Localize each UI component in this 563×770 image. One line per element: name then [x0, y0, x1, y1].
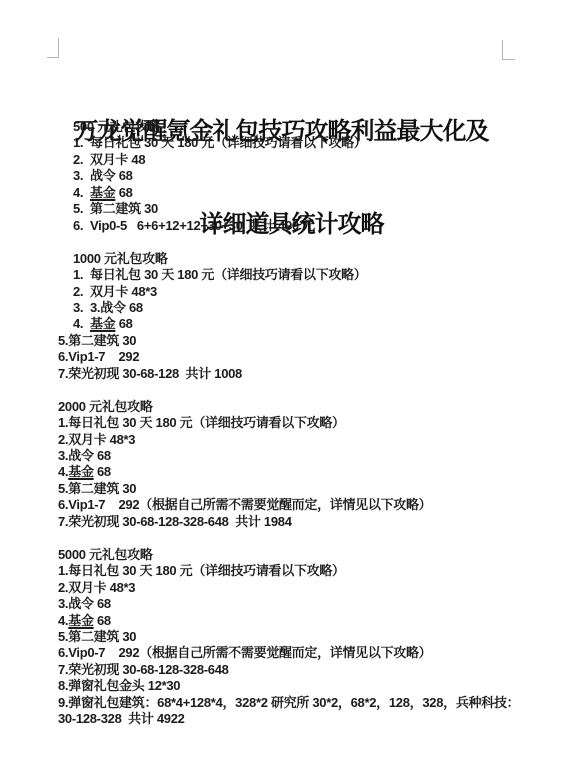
item-number: 4. — [73, 316, 90, 332]
item-number: 2. — [58, 580, 68, 595]
item-text: 3.战令 68 — [90, 300, 143, 315]
item-text: 第二建筑 30 — [68, 629, 136, 644]
item-number: 1. — [58, 415, 68, 430]
item-number: 5. — [58, 629, 68, 644]
item-number: 2. — [73, 152, 90, 168]
item-text: 第二建筑 30 — [90, 201, 158, 216]
item-text: Vip1-7 292（根据自己所需不需要觉醒而定，详情见以下攻略） — [68, 497, 431, 512]
document-page: 万龙觉醒氪金礼包技巧攻略利益最大化及 详细道具统计攻略 500 元礼包攻略1.每… — [0, 0, 563, 770]
list-item: 2.双月卡 48*3 — [58, 284, 563, 300]
section-heading: 500 元礼包攻略 — [58, 119, 563, 135]
list-item: 1.每日礼包 30 天 180 元（详细技巧请看以下攻略） — [58, 563, 563, 579]
list-item: 4.基金 68 — [58, 613, 563, 629]
item-number: 6. — [58, 645, 68, 660]
list-item: 4.基金 68 — [58, 316, 563, 332]
gift-pack-section: 2000 元礼包攻略1.每日礼包 30 天 180 元（详细技巧请看以下攻略）2… — [58, 399, 563, 531]
list-item: 2.双月卡 48*3 — [58, 432, 563, 448]
item-text: 每日礼包 30 天 180 元（详细技巧请看以下攻略） — [68, 415, 345, 430]
item-text: 每日礼包 30 天 180 元（详细技巧请看以下攻略） — [68, 563, 345, 578]
list-item: 7.荣光初现 30-68-128-328-648 共计 1984 — [58, 514, 563, 530]
list-item: 5.第二建筑 30 — [58, 629, 563, 645]
item-text: 荣光初现 30-68-128-328-648 — [68, 662, 228, 677]
underlined-item-text: 基金 — [68, 464, 93, 479]
list-item: 6.Vip0-7 292（根据自己所需不需要觉醒而定，详情见以下攻略） — [58, 645, 563, 661]
item-number: 3. — [73, 300, 90, 316]
item-text: Vip0-5 6+6+12+12+30+30 共计 490 元 — [90, 218, 315, 233]
item-number: 1. — [73, 267, 90, 283]
list-item: 2.双月卡 48*3 — [58, 580, 563, 596]
list-item: 3.战令 68 — [58, 448, 563, 464]
item-number: 6. — [58, 349, 68, 364]
section-heading: 1000 元礼包攻略 — [58, 251, 563, 267]
item-text: 弹窗礼包建筑：68*4+128*4，328*2 研究所 30*2，68*2，12… — [68, 695, 519, 710]
item-number: 3. — [73, 168, 90, 184]
item-text: 战令 68 — [68, 448, 111, 463]
gift-pack-section: 500 元礼包攻略1.每日礼包 30 天 180 元（详细技巧请看以下攻略）2.… — [58, 119, 563, 234]
list-item: 3.战令 68 — [58, 168, 563, 184]
list-item: 5.第二建筑 30 — [58, 201, 563, 217]
list-item: 8.弹窗礼包金头 12*30 — [58, 678, 563, 694]
item-text: Vip0-7 292（根据自己所需不需要觉醒而定，详情见以下攻略） — [68, 645, 431, 660]
item-text: 荣光初现 30-68-128-328-648 共计 1984 — [68, 514, 291, 529]
list-item: 30-128-328 共计 4922 — [58, 711, 563, 727]
document-body: 500 元礼包攻略1.每日礼包 30 天 180 元（详细技巧请看以下攻略）2.… — [58, 119, 563, 728]
list-item: 6.Vip1-7 292 — [58, 349, 563, 365]
item-number: 3. — [58, 448, 68, 463]
item-text: 双月卡 48*3 — [90, 284, 157, 299]
item-text: 弹窗礼包金头 12*30 — [68, 678, 180, 693]
underlined-item-text: 基金 — [68, 613, 93, 628]
item-text: 战令 68 — [68, 596, 111, 611]
item-number: 6. — [73, 218, 90, 234]
item-number: 6. — [58, 497, 68, 512]
list-item: 1.每日礼包 30 天 180 元（详细技巧请看以下攻略） — [58, 267, 563, 283]
item-text: 第二建筑 30 — [68, 481, 136, 496]
list-item: 9.弹窗礼包建筑：68*4+128*4，328*2 研究所 30*2，68*2，… — [58, 695, 563, 711]
list-item: 5.第二建筑 30 — [58, 333, 563, 349]
item-number: 4. — [58, 613, 68, 628]
item-text: 每日礼包 30 天 180 元（详细技巧请看以下攻略） — [90, 267, 367, 282]
gift-pack-section: 5000 元礼包攻略1.每日礼包 30 天 180 元（详细技巧请看以下攻略）2… — [58, 547, 563, 728]
item-number: 8. — [58, 678, 68, 693]
item-text: 双月卡 48*3 — [68, 580, 135, 595]
list-item: 1.每日礼包 30 天 180 元（详细技巧请看以下攻略） — [58, 135, 563, 151]
item-number: 5. — [58, 481, 68, 496]
list-item: 2.双月卡 48 — [58, 152, 563, 168]
item-number: 2. — [58, 432, 68, 447]
list-item: 4.基金 68 — [58, 185, 563, 201]
item-number: 5. — [73, 201, 90, 217]
item-text: 第二建筑 30 — [68, 333, 136, 348]
item-number: 9. — [58, 695, 68, 710]
item-number: 5. — [58, 333, 68, 348]
list-item: 6.Vip1-7 292（根据自己所需不需要觉醒而定，详情见以下攻略） — [58, 497, 563, 513]
list-item: 1.每日礼包 30 天 180 元（详细技巧请看以下攻略） — [58, 415, 563, 431]
list-item: 6.Vip0-5 6+6+12+12+30+30 共计 490 元 — [58, 218, 563, 234]
list-item: 7.荣光初现 30-68-128 共计 1008 — [58, 366, 563, 382]
item-number: 7. — [58, 366, 68, 381]
gift-pack-section: 1000 元礼包攻略1.每日礼包 30 天 180 元（详细技巧请看以下攻略）2… — [58, 251, 563, 383]
item-text: 68 — [94, 613, 111, 628]
underlined-item-text: 基金 — [90, 185, 115, 200]
item-number: 7. — [58, 514, 68, 529]
underlined-item-text: 基金 — [90, 316, 115, 331]
list-item: 7.荣光初现 30-68-128-328-648 — [58, 662, 563, 678]
list-item: 4.基金 68 — [58, 464, 563, 480]
list-item: 3.3.战令 68 — [58, 300, 563, 316]
item-number: 3. — [58, 596, 68, 611]
item-number: 1. — [73, 135, 90, 151]
item-text: 战令 68 — [90, 168, 133, 183]
item-text: 每日礼包 30 天 180 元（详细技巧请看以下攻略） — [90, 135, 367, 150]
item-number: 4. — [73, 185, 90, 201]
item-text: 30-128-328 共计 4922 — [58, 711, 185, 726]
list-item: 5.第二建筑 30 — [58, 481, 563, 497]
item-text: 68 — [94, 464, 111, 479]
item-number: 1. — [58, 563, 68, 578]
item-text: Vip1-7 292 — [68, 349, 139, 364]
item-text: 双月卡 48*3 — [68, 432, 135, 447]
item-text: 68 — [115, 316, 132, 331]
item-text: 双月卡 48 — [90, 152, 145, 167]
item-text: 荣光初现 30-68-128 共计 1008 — [68, 366, 242, 381]
item-number: 4. — [58, 464, 68, 479]
item-text: 68 — [115, 185, 132, 200]
section-heading: 5000 元礼包攻略 — [58, 547, 563, 563]
list-item: 3.战令 68 — [58, 596, 563, 612]
section-heading: 2000 元礼包攻略 — [58, 399, 563, 415]
item-number: 7. — [58, 662, 68, 677]
item-number: 2. — [73, 284, 90, 300]
